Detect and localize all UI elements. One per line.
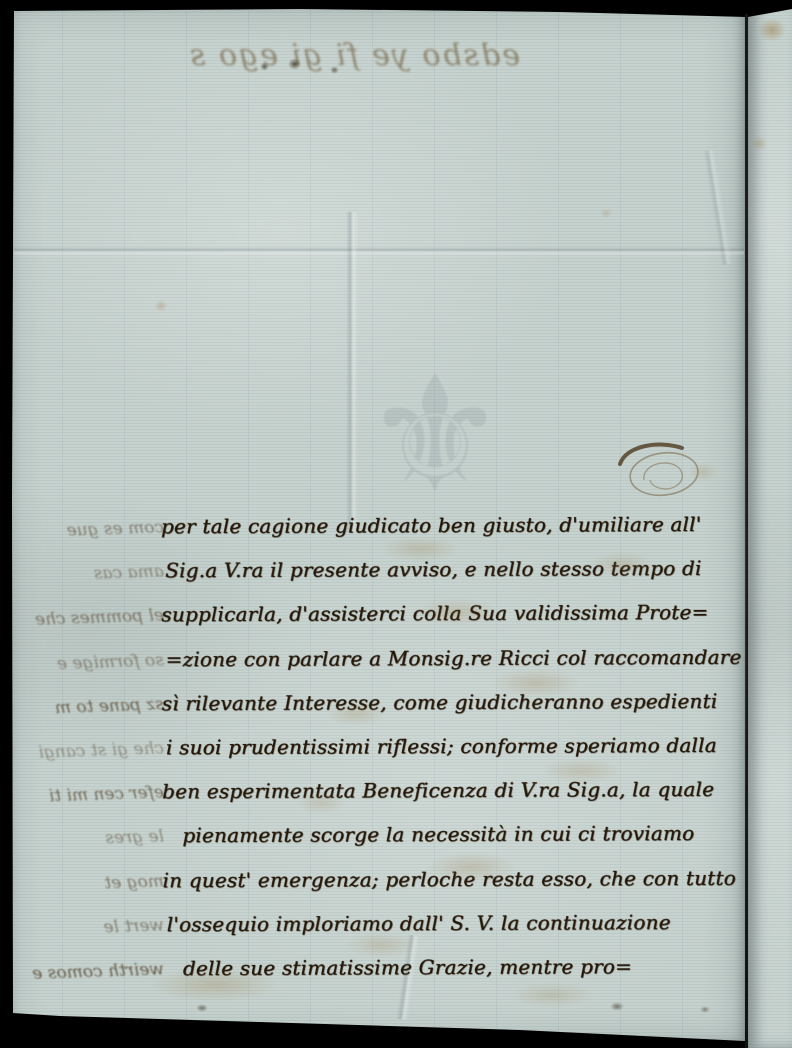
manuscript-line: sì rilevante Interesse, come giudicheran…	[162, 678, 750, 725]
showthrough-fragment: sz pane to m	[14, 690, 165, 725]
showthrough-fragment: com es gue	[14, 513, 165, 548]
facing-page-edge	[748, 0, 792, 1048]
manuscript-line: in quest' emergenza; perloche resta esso…	[162, 855, 750, 902]
ink-flourish-oval	[606, 436, 710, 506]
manuscript-line: supplicarla, d'assisterci colla Sua vali…	[161, 590, 749, 637]
manuscript-line: ben esperimentata Beneficenza di V.ra Si…	[162, 767, 750, 814]
showthrough-fragment: weirth comos e	[14, 955, 165, 990]
showthrough-fragment: le gres	[14, 823, 165, 858]
manuscript-line: l'ossequio imploriamo dall' S. V. la con…	[167, 899, 751, 946]
manuscript-line: Sig.a V.ra il presente avviso, e nello s…	[165, 546, 749, 593]
manuscript-line: delle sue stimatissime Grazie, mentre pr…	[183, 944, 751, 991]
showthrough-fragment: mog et	[14, 867, 165, 902]
showthrough-fragment: wert le	[14, 911, 165, 946]
showthrough-fragment: efer cen mi ti	[14, 779, 165, 814]
showthrough-fragment: el pommes che	[14, 602, 165, 637]
manuscript-line: i suoi prudentissimi riflessi; conforme …	[166, 723, 750, 770]
fleur-de-lis-watermark: ⚜	[340, 340, 530, 530]
manuscript-line: =zione con parlare a Monsig.re Ricci col…	[166, 634, 750, 681]
showthrough-fragment: so formige e	[14, 646, 165, 681]
showthrough-fragment: ama cas	[14, 558, 165, 593]
manuscript-line: pienamente scorge la necessità in cui ci…	[182, 811, 750, 858]
showthrough-fragment: che gi st cangi	[14, 734, 165, 769]
horizontal-fold-crease	[14, 247, 744, 256]
margin-showthrough: com es gueama casel pommes cheso formige…	[14, 512, 164, 1012]
manuscript-line: per tale cagione giudicato ben giusto, d…	[161, 502, 749, 549]
ink-showthrough-top: edsbo ye fi gi ego so lle	[190, 38, 520, 90]
text-block: per tale cagione giudicato ben giusto, d…	[161, 502, 751, 991]
